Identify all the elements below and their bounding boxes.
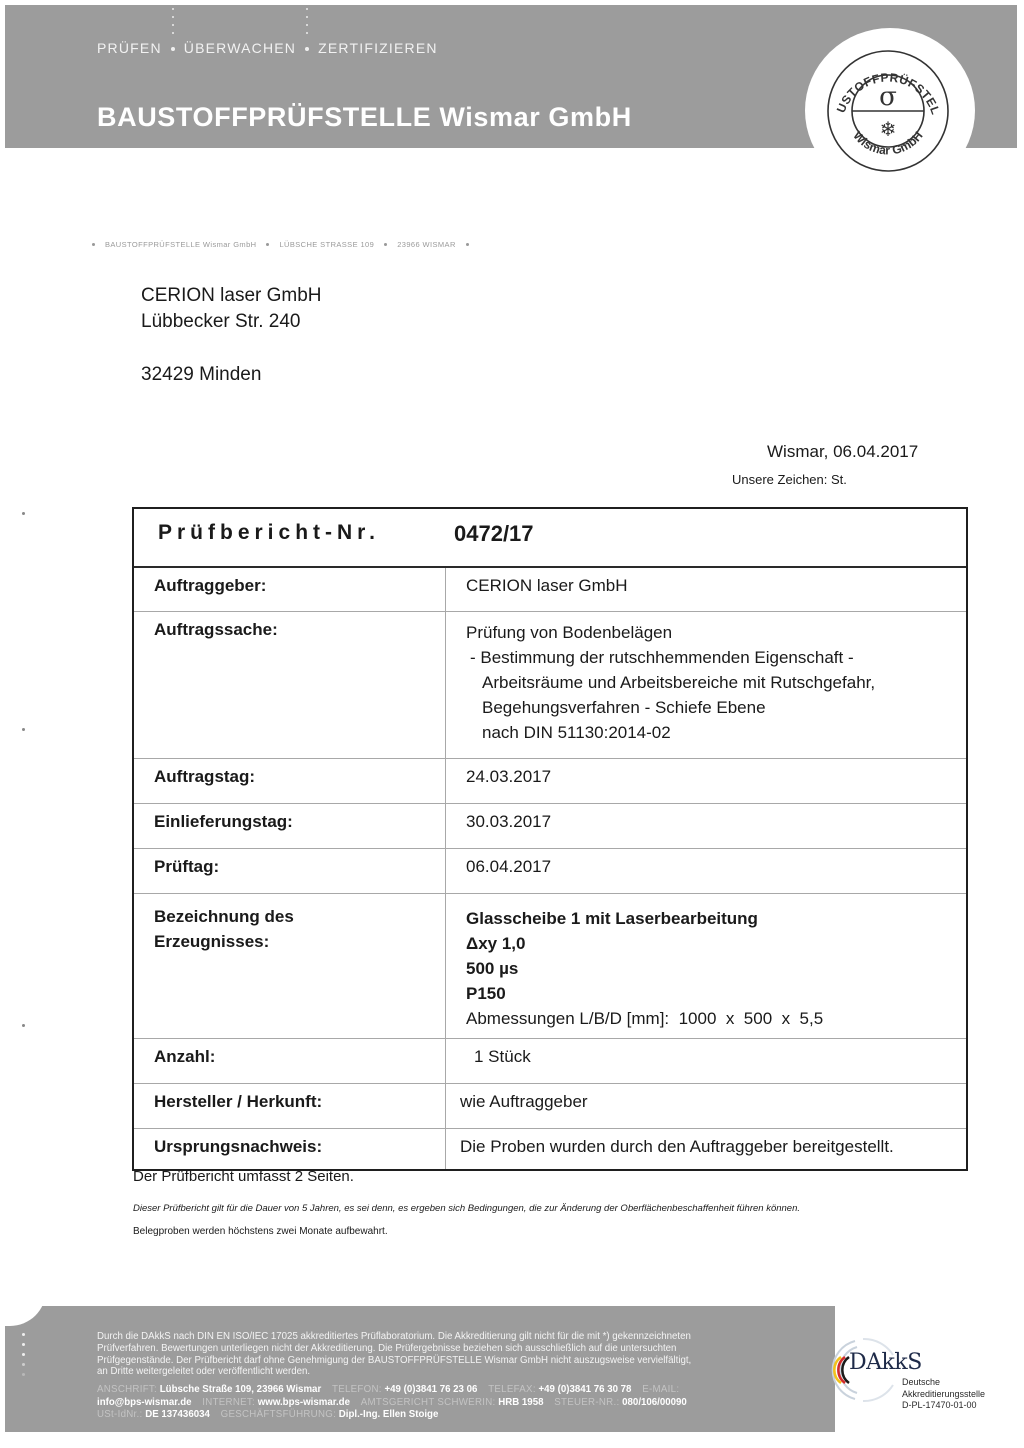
row-value: Die Proben wurden durch den Auftraggeber… [446,1129,966,1169]
row-label: Anzahl: [134,1039,446,1083]
tax-value: 080/106/00090 [622,1397,687,1408]
table-row: Bezeichnung des Erzeugnisses: Glasscheib… [134,893,966,1038]
row-value: Prüfung von Bodenbelägen - Bestimmung de… [446,612,966,758]
table-row: Prüftag: 06.04.2017 [134,848,966,893]
value-line: Arbeitsräume und Arbeitsbereiche mit Rut… [466,670,966,695]
value-line: Begehungsverfahren - Schiefe Ebene [466,695,966,720]
row-label: Einlieferungstag: [134,804,446,848]
row-label: Bezeichnung des Erzeugnisses: [134,894,446,1038]
vat-label: USt-IdNr.: [97,1409,143,1420]
retention-note: Belegproben werden höchstens zwei Monate… [133,1226,388,1237]
row-value: wie Auftraggeber [446,1084,966,1128]
row-value: 30.03.2017 [446,804,966,848]
email-link[interactable]: info@bps-wismar.de [97,1397,192,1408]
vat-value: DE 137436034 [145,1409,210,1420]
phone-value: +49 (0)3841 76 23 06 [384,1384,477,1395]
row-label: Prüftag: [134,849,446,893]
fax-label: TELEFAX: [488,1384,536,1395]
legal-line: an Dritte weitergeleitet oder veröffentl… [97,1366,797,1378]
report-number-row: Prüfbericht-Nr. 0472/17 [134,509,966,566]
company-title: BAUSTOFFPRÜFSTELLE Wismar GmbH [97,102,632,133]
address-value: Lübsche Straße 109, 23966 Wismar [160,1384,321,1395]
table-row: Auftragstag: 24.03.2017 [134,758,966,803]
footer-contact: ANSCHRIFT: Lübsche Straße 109, 23966 Wis… [97,1384,797,1422]
punch-mark [22,1024,25,1027]
address-label: ANSCHRIFT: [97,1384,157,1395]
pages-note: Der Prüfbericht umfasst 2 Seiten. [133,1168,354,1185]
value-line: - Bestimmung der rutschhemmenden Eigensc… [466,645,966,670]
separator-dot-icon [162,40,184,56]
seal-icon: BAUSTOFFPRÜFSTELLE Wismar GmbH σ ❄ [825,48,951,174]
report-table: Prüfbericht-Nr. 0472/17 Auftraggeber: CE… [132,507,968,1171]
legal-line: Prüfgegenstände. Der Prüfbericht darf oh… [97,1355,797,1367]
table-row: Einlieferungstag: 30.03.2017 [134,803,966,848]
recipient-address: CERION laser GmbH Lübbecker Str. 240 324… [141,283,322,388]
dakks-accreditation-number: D-PL-17470-01-00 [902,1400,985,1412]
row-value: CERION laser GmbH [446,568,966,611]
tagline-item: ZERTIFIZIEREN [318,40,438,56]
report-number: 0472/17 [446,509,966,566]
footer-dots-icon [22,1333,25,1383]
recipient-name: CERION laser GmbH [141,283,322,309]
row-label: Hersteller / Herkunft: [134,1084,446,1128]
reference-line: Unsere Zeichen: St. [732,472,847,487]
sender-city: 23966 WISMAR [397,240,456,249]
dakks-caption: Deutsche Akkreditierungsstelle D-PL-1747… [902,1377,985,1412]
tax-label: STEUER-NR.: [554,1397,619,1408]
value-line: P150 [466,981,966,1006]
place-date: Wismar, 06.04.2017 [767,442,918,462]
web-label: INTERNET: [202,1397,255,1408]
table-row: Hersteller / Herkunft: wie Auftraggeber [134,1083,966,1128]
seal-logo: BAUSTOFFPRÜFSTELLE Wismar GmbH σ ❄ [805,28,975,193]
row-label: Auftraggeber: [134,568,446,611]
bullet-icon [92,243,95,246]
court-value: HRB 1958 [498,1397,543,1408]
tagline-item: ÜBERWACHEN [184,40,296,56]
value-line: Δxy 1,0 [466,931,966,956]
recipient-street: Lübbecker Str. 240 [141,309,322,335]
table-row: Anzahl: 1 Stück [134,1038,966,1083]
value-line: 500 µs [466,956,966,981]
value-line: Glasscheibe 1 mit Laserbearbeitung [466,906,966,931]
punch-mark [22,728,25,731]
table-row: Auftraggeber: CERION laser GmbH [134,566,966,611]
reference-label: Unsere Zeichen: [732,472,827,487]
fax-value: +49 (0)3841 76 30 78 [539,1384,632,1395]
value-line: nach DIN 51130:2014-02 [466,720,966,745]
sender-company: BAUSTOFFPRÜFSTELLE Wismar GmbH [105,240,256,249]
row-label: Auftragstag: [134,759,446,803]
management-label: GESCHÄFTSFÜHRUNG: [221,1409,336,1420]
punch-mark [22,512,25,515]
legal-line: Durch die DAkkS nach DIN EN ISO/IEC 1702… [97,1331,797,1343]
validity-note: Dieser Prüfbericht gilt für die Dauer vo… [133,1203,800,1214]
report-title-label: Prüfbericht-Nr. [134,509,446,566]
value-line: Prüfung von Bodenbelägen [466,620,966,645]
value-line: Abmessungen L/B/D [mm]: 1000 x 500 x 5,5 [466,1006,966,1031]
svg-text:σ: σ [879,82,897,112]
recipient-city: 32429 Minden [141,362,322,388]
bullet-icon [384,243,387,246]
svg-text:❄: ❄ [880,117,897,141]
label-line: Erzeugnisses: [154,929,445,954]
label-line: Bezeichnung des [154,904,445,929]
tagline: PRÜFEN ÜBERWACHEN ZERTIFIZIEREN [97,40,438,56]
web-link[interactable]: www.bps-wismar.de [258,1397,350,1408]
reference-value: St. [831,472,847,487]
dakks-wordmark: DAkkS [849,1350,922,1375]
tagline-item: PRÜFEN [97,40,162,56]
management-value: Dipl.-Ing. Ellen Stoige [339,1409,439,1420]
footer-legal-text: Durch die DAkkS nach DIN EN ISO/IEC 1702… [97,1331,797,1378]
row-value: Glasscheibe 1 mit Laserbearbeitung Δxy 1… [446,894,966,1038]
email-label: E-MAIL: [642,1384,679,1395]
phone-label: TELEFON: [332,1384,382,1395]
table-row: Ursprungsnachweis: Die Proben wurden dur… [134,1128,966,1169]
dakks-line: Akkreditierungsstelle [902,1389,985,1401]
row-value: 06.04.2017 [446,849,966,893]
bullet-icon [266,243,269,246]
table-row: Auftragssache: Prüfung von Bodenbelägen … [134,611,966,758]
sender-line: BAUSTOFFPRÜFSTELLE Wismar GmbH LÜBSCHE S… [92,240,469,249]
row-label: Ursprungsnachweis: [134,1129,446,1169]
row-value: 24.03.2017 [446,759,966,803]
separator-dot-icon [296,40,318,56]
row-label: Auftragssache: [134,612,446,758]
row-value: 1 Stück [446,1039,966,1083]
legal-line: Prüfverfahren. Bewertungen unterliegen n… [97,1343,797,1355]
court-label: AMTSGERICHT SCHWERIN: [361,1397,496,1408]
sender-street: LÜBSCHE STRASSE 109 [279,240,374,249]
bullet-icon [466,243,469,246]
dakks-line: Deutsche [902,1377,985,1389]
